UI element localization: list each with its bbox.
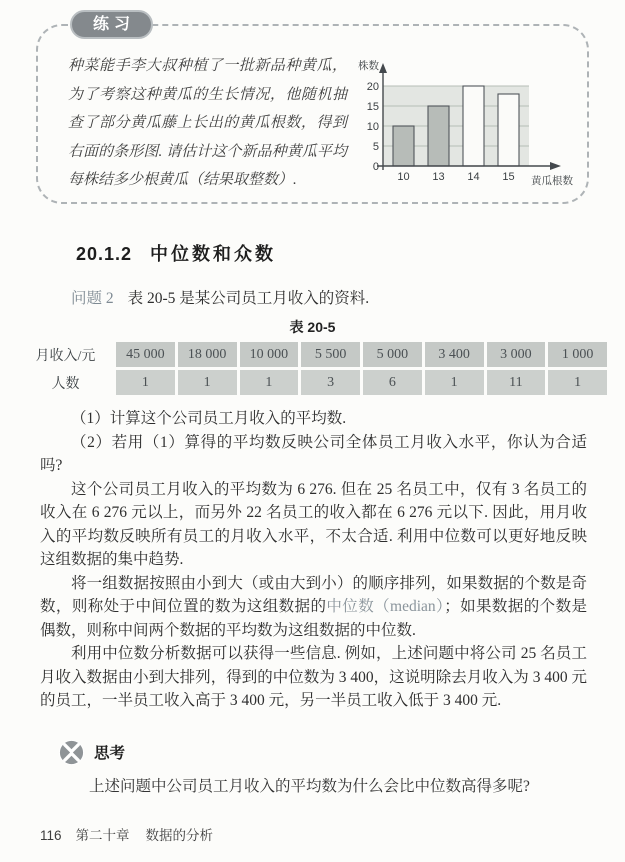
- question-1: （1）计算这个公司员工月收入的平均数.: [40, 407, 587, 431]
- count-cell: 1: [240, 370, 299, 395]
- count-cell: 1: [178, 370, 237, 395]
- income-cell: 3 400: [425, 342, 484, 367]
- x-tick-label: 13: [432, 171, 444, 183]
- think-question: 上述问题中公司员工月收入的平均数为什么会比中位数高得多呢?: [58, 774, 587, 796]
- cucumber-bar-chart: 株数 黄瓜根数 05101520 10131415: [355, 58, 573, 192]
- y-tick-label: 20: [367, 81, 379, 93]
- paragraph-median-usage: 利用中位数分析数据可以获得一些信息. 例如，上述问题中将公司 25 名员工月收入…: [40, 642, 587, 713]
- x-tick-label: 14: [467, 171, 479, 183]
- bar-10: [393, 126, 414, 166]
- section-heading: 20.1.2中位数和众数: [76, 240, 625, 266]
- paragraph-median-definition: 将一组数据按照由小到大（或由大到小）的顺序排列，如果数据的个数是奇数，则称处于中…: [40, 572, 587, 643]
- textbook-page: 练习 种菜能手李大叔种植了一批新品种黄瓜，为了考察这种黄瓜的生长情况，他随机抽查…: [0, 0, 625, 862]
- problem-label: 问题 2: [71, 290, 114, 307]
- count-cell: 6: [363, 370, 422, 395]
- think-label: 思考: [94, 741, 125, 763]
- x-tick-label: 15: [502, 171, 514, 183]
- bar-15: [498, 94, 519, 166]
- bar-13: [428, 106, 449, 166]
- think-block: 思考 上述问题中公司员工月收入的平均数为什么会比中位数高得多呢?: [58, 739, 587, 796]
- question-2: （2）若用（1）算得的平均数反映公司全体员工月收入水平，你认为合适吗?: [40, 431, 587, 478]
- chart-container: 株数 黄瓜根数 05101520 10131415: [355, 52, 573, 202]
- income-cell: 5 000: [363, 342, 422, 367]
- row-label-count: 人数: [18, 370, 113, 395]
- x-ticks-layer: 10131415: [397, 171, 514, 183]
- income-cell: 45 000: [116, 342, 175, 367]
- y-tick-label: 10: [367, 121, 379, 133]
- exercise-box: 练习 种菜能手李大叔种植了一批新品种黄瓜，为了考察这种黄瓜的生长情况，他随机抽查…: [36, 24, 589, 204]
- income-cell: 1 000: [548, 342, 607, 367]
- page-footer: 116第二十章数据的分析: [40, 824, 227, 844]
- section-title: 中位数和众数: [150, 244, 276, 264]
- chapter-title: 数据的分析: [146, 828, 214, 843]
- x-axis-arrow-icon: [550, 162, 561, 170]
- x-axis-label: 黄瓜根数: [531, 174, 573, 187]
- count-cell: 11: [487, 370, 546, 395]
- median-term-highlight: 中位数（median）: [326, 598, 444, 615]
- income-cell: 18 000: [178, 342, 237, 367]
- income-cell: 5 500: [301, 342, 360, 367]
- page-number: 116: [40, 828, 62, 843]
- count-cell: 1: [548, 370, 607, 395]
- problem-statement: 问题 2表 20-5 是某公司员工月收入的资料.: [40, 286, 585, 308]
- table-caption: 表 20-5: [0, 317, 625, 337]
- think-header: 思考: [58, 739, 587, 766]
- problem-text: 表 20-5 是某公司员工月收入的资料.: [128, 290, 370, 307]
- income-table: 月收入/元 45 000 18 000 10 000 5 500 5 000 3…: [18, 342, 607, 395]
- y-tick-label: 15: [367, 101, 379, 113]
- count-cell: 3: [301, 370, 360, 395]
- y-ticks-layer: 05101520: [367, 81, 379, 173]
- x-tick-label: 10: [397, 171, 409, 183]
- y-axis-label: 株数: [358, 59, 379, 72]
- section-number: 20.1.2: [76, 244, 132, 264]
- chapter-number: 第二十章: [76, 828, 130, 843]
- income-cell: 3 000: [487, 342, 546, 367]
- exercise-badge: 练习: [70, 10, 153, 39]
- row-label-income: 月收入/元: [18, 342, 113, 367]
- paragraph-mean-analysis: 这个公司员工月收入的平均数为 6 276. 但在 25 名员工中，仅有 3 名员…: [40, 478, 587, 572]
- count-cell: 1: [425, 370, 484, 395]
- exercise-text: 种菜能手李大叔种植了一批新品种黄瓜，为了考察这种黄瓜的生长情况，他随机抽查了部分…: [68, 52, 347, 202]
- count-cell: 1: [116, 370, 175, 395]
- y-tick-label: 5: [373, 141, 379, 153]
- income-cell: 10 000: [240, 342, 299, 367]
- bar-14: [463, 86, 484, 166]
- y-axis-arrow-icon: [379, 63, 387, 73]
- y-tick-label: 0: [373, 161, 379, 173]
- think-icon: [58, 739, 85, 766]
- body-text: （1）计算这个公司员工月收入的平均数. （2）若用（1）算得的平均数反映公司全体…: [40, 407, 587, 713]
